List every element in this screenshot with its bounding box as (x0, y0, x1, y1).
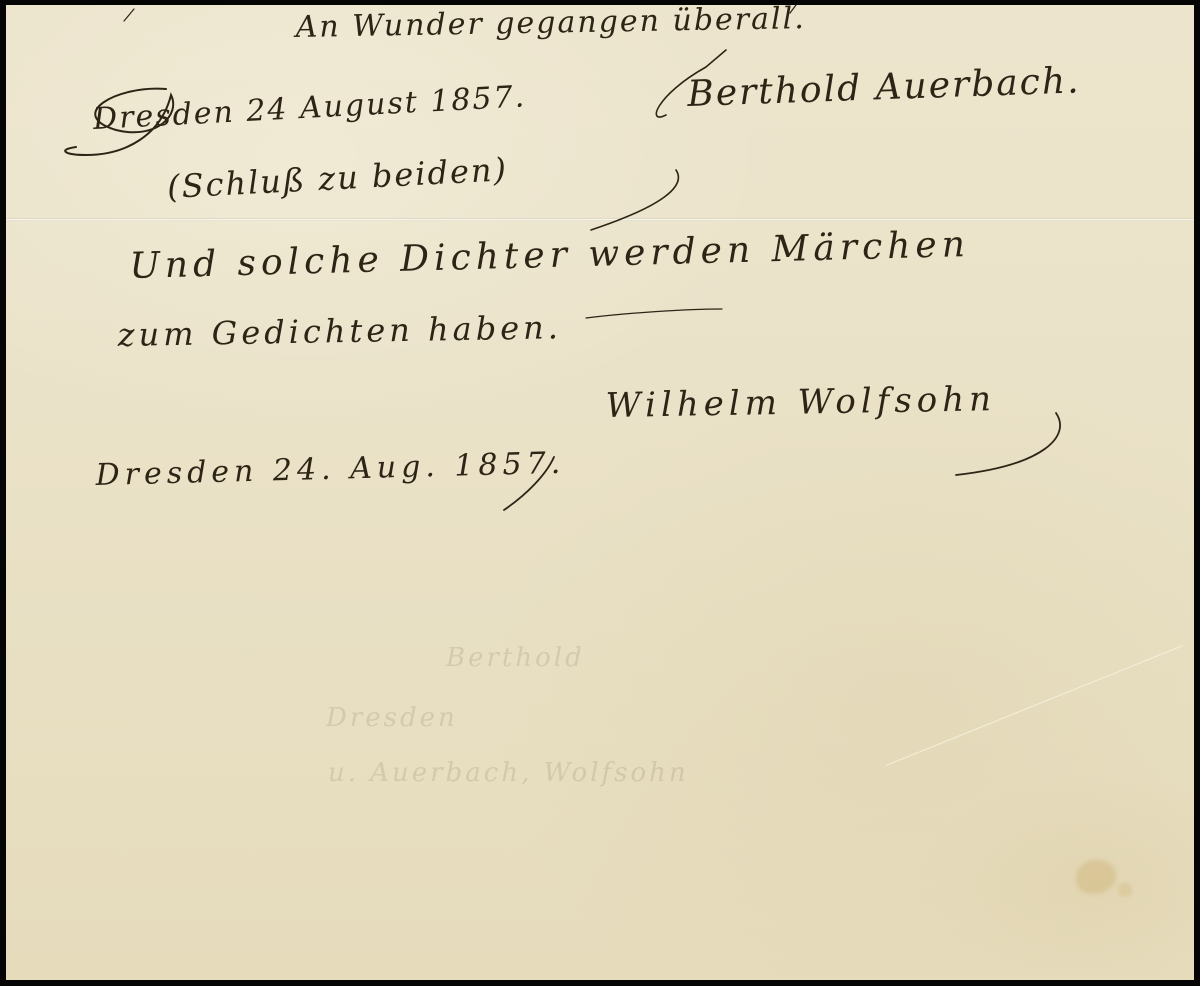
foxing-stain (1076, 860, 1116, 894)
wolfsohn-date: Dresden 24. Aug. 1857. (95, 449, 565, 491)
foxing-stain-small (1118, 883, 1132, 897)
wolfsohn-signature: Wilhelm Wolfsohn (605, 382, 996, 423)
diagonal-crease (886, 645, 1183, 766)
wolfsohn-verse-line-2: zum Gedichten haben. (117, 311, 562, 351)
bleed-through-line: u. Auerbach, Wolfsohn (328, 760, 689, 786)
auerbach-date: Dresden 24 August 1857. (92, 82, 526, 135)
scan-frame: Berthold Dresden u. Auerbach, Wolfsohn A… (0, 0, 1200, 986)
manuscript-page: Berthold Dresden u. Auerbach, Wolfsohn A… (6, 5, 1194, 980)
pen-flourishes (6, 5, 1194, 980)
bleed-through-line: Berthold (446, 645, 585, 671)
bleed-through-line: Dresden (326, 705, 458, 731)
wolfsohn-verse-line-1: Und solche Dichter werden Märchen (129, 227, 970, 285)
auerbach-signature: Berthold Auerbach. (687, 63, 1081, 113)
fold-crease (6, 218, 1194, 221)
auerbach-verse-line: An Wunder gegangen überall. (295, 5, 805, 43)
wolfsohn-heading: (Schluß zu beiden) (166, 153, 508, 203)
